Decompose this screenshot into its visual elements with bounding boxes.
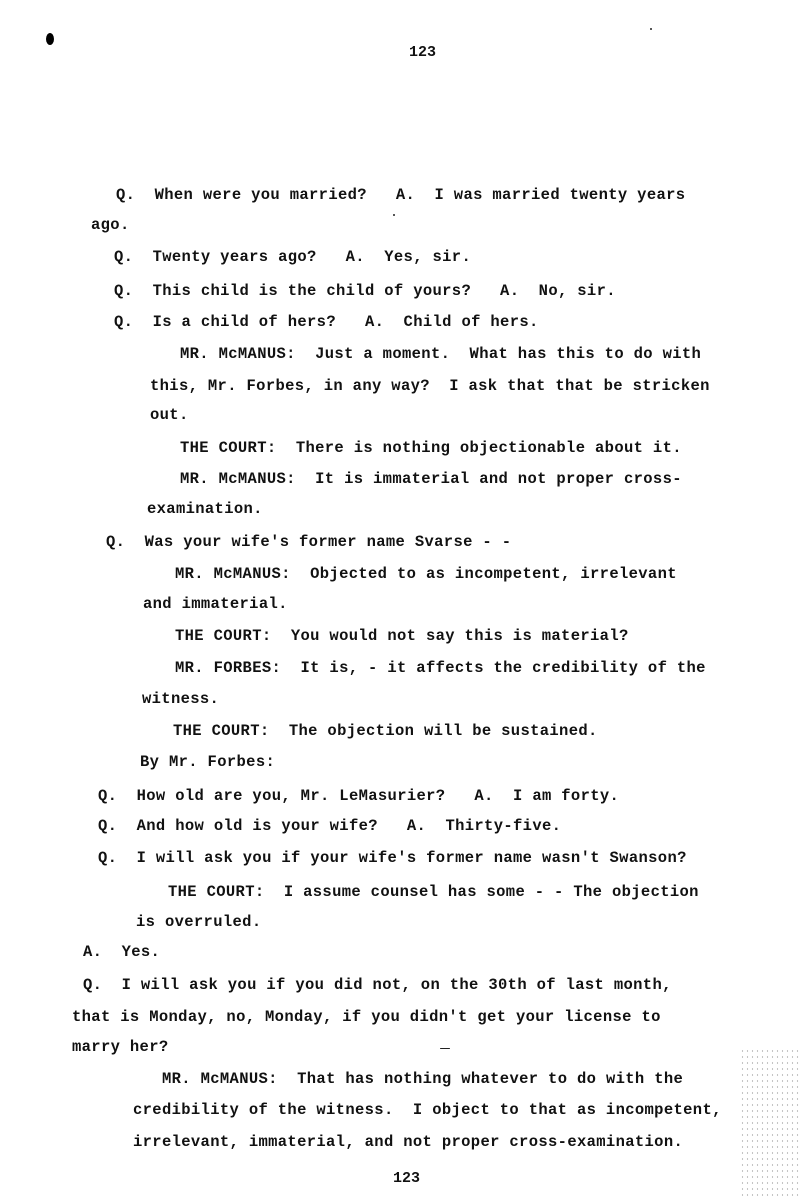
transcript-line: THE COURT: You would not say this is mat…	[175, 627, 629, 645]
transcript-line: Q. This child is the child of yours? A. …	[114, 282, 616, 300]
transcript-line: Q. I will ask you if your wife's former …	[98, 849, 687, 867]
scan-noise-mark	[440, 1048, 450, 1049]
transcript-line: is overruled.	[136, 913, 261, 931]
scan-speckle-area	[740, 1048, 800, 1198]
transcript-line: this, Mr. Forbes, in any way? I ask that…	[150, 377, 710, 395]
transcript-line: Q. How old are you, Mr. LeMasurier? A. I…	[98, 787, 619, 805]
transcript-line: that is Monday, no, Monday, if you didn'…	[72, 1008, 661, 1026]
transcript-line: MR. McMANUS: Objected to as incompetent,…	[175, 565, 677, 583]
transcript-line: Q. And how old is your wife? A. Thirty-f…	[98, 817, 561, 835]
transcript-line: THE COURT: I assume counsel has some - -…	[168, 883, 699, 901]
transcript-line: Q. Is a child of hers? A. Child of hers.	[114, 313, 539, 331]
transcript-line: witness.	[142, 690, 219, 708]
page-number-bottom: 123	[393, 1170, 420, 1187]
transcript-line: THE COURT: There is nothing objectionabl…	[180, 439, 682, 457]
transcript-page: 123 Q. When were you married? A. I was m…	[0, 0, 800, 1198]
transcript-line: THE COURT: The objection will be sustain…	[173, 722, 598, 740]
scan-noise-mark	[393, 214, 395, 216]
transcript-line: out.	[150, 406, 189, 424]
transcript-line: MR. McMANUS: That has nothing whatever t…	[162, 1070, 683, 1088]
transcript-line: ago.	[91, 216, 130, 234]
transcript-line: credibility of the witness. I object to …	[133, 1101, 722, 1119]
punch-hole-mark	[46, 33, 54, 45]
transcript-line: irrelevant, immaterial, and not proper c…	[133, 1133, 683, 1151]
transcript-line: and immaterial.	[143, 595, 288, 613]
transcript-line: MR. FORBES: It is, - it affects the cred…	[175, 659, 706, 677]
transcript-line: Q. I will ask you if you did not, on the…	[83, 976, 672, 994]
transcript-line: Q. Was your wife's former name Svarse - …	[106, 533, 511, 551]
page-number-top: 123	[409, 44, 436, 61]
transcript-line: By Mr. Forbes:	[140, 753, 275, 771]
transcript-line: Q. Twenty years ago? A. Yes, sir.	[114, 248, 471, 266]
transcript-line: A. Yes.	[83, 943, 160, 961]
transcript-line: Q. When were you married? A. I was marri…	[116, 186, 685, 204]
transcript-line: MR. McMANUS: Just a moment. What has thi…	[180, 345, 701, 363]
scan-noise-mark	[650, 28, 652, 30]
transcript-line: MR. McMANUS: It is immaterial and not pr…	[180, 470, 682, 488]
transcript-line: examination.	[147, 500, 263, 518]
transcript-line: marry her?	[72, 1038, 169, 1056]
